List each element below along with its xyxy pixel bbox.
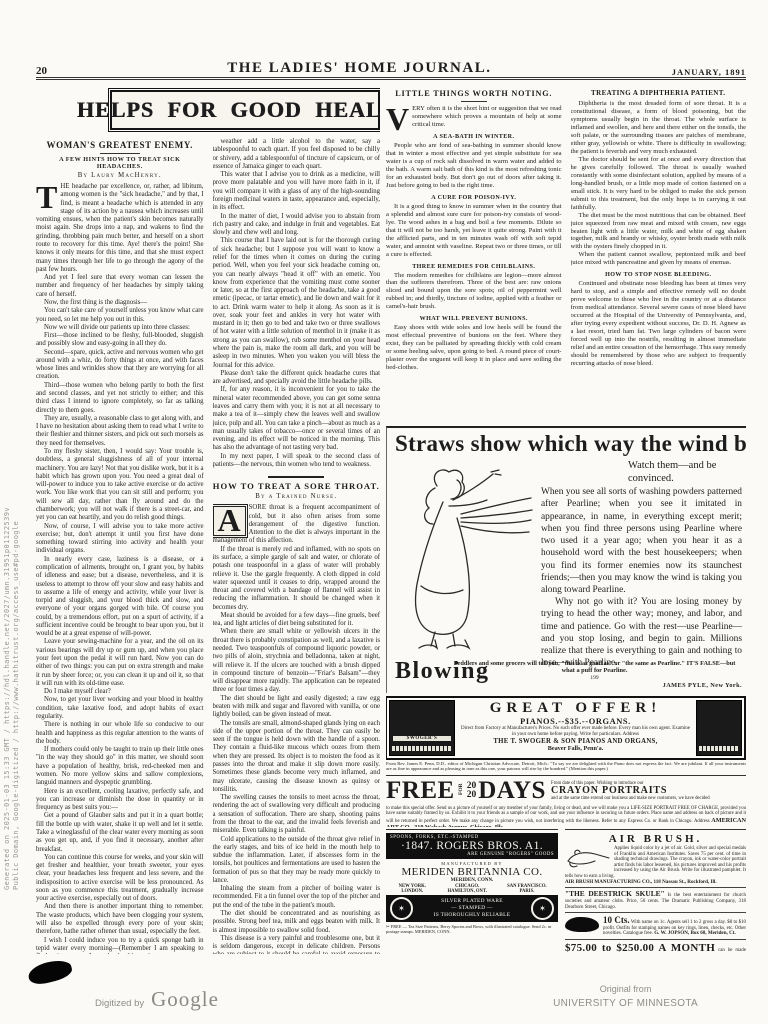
original-from: Original from UNIVERSITY OF MINNESOTA: [553, 982, 698, 1012]
article-byline: By Laury MacHenry.: [36, 172, 204, 179]
note-heading: THREE REMEDIES FOR CHILBLAINS.: [386, 264, 562, 270]
silver-plate-stamp-box: ✶ SILVER PLATED WARE — STAMPED — IS THOR…: [386, 895, 558, 922]
ad-testimonial: From Rev. James E. Penn, D.D., editor of…: [386, 761, 746, 773]
rogers-brand: ·1847. ROGERS BROS. A1.: [390, 840, 554, 852]
ad-body: to make this special offer. Send us a pi…: [386, 806, 746, 827]
ad-body: When you see all sorts of washing powder…: [541, 486, 742, 669]
article-title: LITTLE THINGS WORTH NOTING.: [386, 89, 562, 102]
rogers-brand-box: SPOONS, FORKS, ETC.-STAMPED ·1847. ROGER…: [386, 833, 558, 859]
ad-title-block: From date of this paper. Wishing to intr…: [548, 781, 746, 801]
note-body: It is a good thing to know in summer whe…: [386, 203, 562, 259]
lead-text: HE headache par excellence, or, rather, …: [36, 183, 204, 273]
paragraph: Leave your sewing-machine for a year, an…: [36, 638, 204, 688]
branch-city: LONDON.: [386, 889, 439, 894]
meriden-company: MERIDEN BRITANNIA CO.: [386, 866, 558, 878]
paragraph: Second—spare, quick, active and nervous …: [36, 349, 204, 382]
rogers-free-offer: ✂ FREE — Tea Size Patterns, Berry Spoons…: [386, 924, 558, 934]
crayon-portrait-advertisement: FREE FOR 20 20 DAYS From date of this pa…: [386, 775, 746, 827]
page-number: 20: [36, 65, 47, 77]
paragraph: The diet must be the most nutritious tha…: [571, 212, 747, 252]
watermark-line: Public Domain, Google-digitized / http:/…: [12, 150, 20, 890]
paragraph: If the throat is merely red and inflamed…: [213, 546, 381, 612]
issue-date: JANUARY, 1891: [672, 67, 746, 77]
organ-keys: [699, 746, 739, 751]
paragraph: If mothers could only be taught to train…: [36, 746, 204, 787]
paragraph: The diet should be concentrated and as n…: [213, 910, 381, 935]
paragraph: Now we will divide our patients up into …: [36, 324, 204, 332]
ad-paragraph: When you see all sorts of washing powder…: [541, 486, 742, 596]
article-title: TREATING A DIPHTHERIA PATIENT.: [571, 89, 747, 97]
google-logo: Google: [151, 987, 219, 1012]
paragraph: To my fleshy sister, then, I would say: …: [36, 448, 204, 523]
paragraph: This disease is a very painful and troub…: [213, 935, 381, 954]
paragraph: Now, to get your liver working and your …: [36, 696, 204, 721]
journal-title: THE LADIES' HOME JOURNAL.: [227, 60, 491, 77]
drop-cap: T: [36, 185, 57, 211]
ad-subtitle: PIANOS.--$35.--ORGANS.: [459, 717, 692, 726]
paragraph: Inhaling the steam from a pitcher of boi…: [213, 885, 381, 910]
page-content: HELPS FOR GOOD HEALTH WOMAN'S GREATEST E…: [36, 88, 746, 954]
ad-company: G. W. JOPSON, Box 68, Meriden, Ct.: [654, 930, 736, 936]
piano-label: SWOGER'S: [393, 736, 451, 741]
ad-price: 10 Cts.: [603, 915, 630, 925]
ad-body: Direct from Factory at Manufacturer's Pr…: [459, 726, 692, 738]
scan-watermark: Generated on 2025-01-03 15:33 GMT / http…: [3, 150, 20, 890]
watermark-line: Generated on 2025-01-03 15:33 GMT / http…: [3, 150, 11, 890]
digitization-footer: Digitized by Google Original from UNIVER…: [0, 982, 768, 1012]
ad-for-word: FOR: [458, 787, 464, 795]
note-body: The modern remedies for chilblains are l…: [386, 272, 562, 312]
ad-intro-bottom: and at the same time extend our business…: [551, 796, 710, 801]
jopson-stamp-advertisement: 10 Cts. With name on 1c. Agents sell 1 t…: [565, 913, 746, 940]
paragraph: Continued and obstinate nose bleeding ha…: [571, 280, 747, 368]
piano-advertisement: SWOGER'S GREAT OFFER! PIANOS.--$35.--ORG…: [386, 696, 746, 760]
masthead: 20 THE LADIES' HOME JOURNAL. JANUARY, 18…: [36, 56, 746, 78]
deestrick-skule-advertisement: "THE DEESTRICK SKULE" Is the best entert…: [565, 888, 746, 913]
piano-image: SWOGER'S: [389, 700, 455, 756]
paragraph: The doctor should be sent for at once an…: [571, 156, 747, 212]
lead-paragraph: VERY often it is the short hint or sugge…: [386, 105, 562, 129]
paragraph: First—those inclined to be fleshy, full-…: [36, 332, 204, 349]
air-brush-advertisement: AIR BRUSH. Applies liquid color by a jet…: [565, 831, 746, 888]
pearline-advertisement: Straws show which way the wind blows: [386, 426, 746, 693]
ad-headline: "THE DEESTRICK SKULE": [565, 889, 665, 898]
ad-company: AIR BRUSH MANUFACTURING CO., 118 Nassau …: [565, 879, 746, 885]
paragraph: And yet I feel sure that every woman can…: [36, 274, 204, 299]
paragraph: This water that I advise you to drink as…: [213, 171, 381, 212]
paragraph: Please don't take the different quick he…: [213, 370, 381, 387]
paragraph: The swelling causes the tonsils to meet …: [213, 794, 381, 835]
ad-paragraph: Why not go with it? You are losing money…: [541, 596, 742, 669]
ad-free-word: FREE: [386, 777, 455, 805]
rubber-stamp-image: [565, 917, 599, 932]
ad-body: $75.00 to $250.00 A MONTH can be made wo…: [565, 942, 746, 954]
classified-ads-column: AIR BRUSH. Applies liquid color by a jet…: [565, 829, 746, 954]
section-banner-title: HELPS FOR GOOD HEALTH: [77, 97, 380, 123]
organ-image: [696, 700, 742, 756]
right-half: LITTLE THINGS WORTH NOTING. VERY often i…: [386, 88, 746, 954]
paragraph: Get a pound of Glauber salts and put it …: [36, 812, 204, 853]
original-from-label: Original from: [600, 984, 652, 994]
column-1: WOMAN'S GREATEST ENEMY. A FEW HINTS HOW …: [36, 138, 204, 954]
paragraph: There is nothing in our whole life so co…: [36, 721, 204, 746]
note-heading: A CURE FOR POISON-IVY.: [386, 195, 562, 201]
ad-body-text: to make this special offer. Send us a pi…: [386, 806, 746, 824]
paragraph: This course that I have laid out is for …: [213, 237, 381, 370]
section-banner: HELPS FOR GOOD HEALTH: [110, 90, 380, 130]
ad-address: Beaver Falls, Penn'a.: [459, 745, 692, 752]
paragraph: The diet should be light and easily dige…: [213, 695, 381, 720]
digitized-by-label: Digitized by: [95, 998, 144, 1009]
lead-text: ERY often it is the short hint or sugges…: [412, 105, 561, 128]
ad-signature: JAMES PYLE, New York.: [447, 682, 742, 690]
rogers-genuine-line: ARE GENUINE "ROGERS" GOODS: [390, 852, 554, 857]
article-body-continued: weather add a little alcohol to the wate…: [213, 138, 381, 469]
note-body: People who are fond of sea-bathing in su…: [386, 142, 562, 190]
magazine-page-scan: Generated on 2025-01-03 15:33 GMT / http…: [0, 0, 768, 1024]
ad-title: CRAYON PORTRAITS: [551, 786, 746, 796]
footnote-text: Peddlers and some grocers will tell you,…: [454, 660, 736, 675]
paragraph: I wish I could induce you to try a quick…: [36, 937, 204, 954]
column-4: TREATING A DIPHTHERIA PATIENT. Diphtheri…: [571, 88, 747, 426]
stamp-line: SILVER PLATED WARE: [416, 898, 528, 905]
paragraph: You can continue this course for weeks, …: [36, 854, 204, 904]
article-byline: By a Trained Nurse.: [213, 493, 381, 500]
ad-headline: Straws show which way the wind blows: [395, 431, 742, 457]
article-body: Continued and obstinate nose bleeding ha…: [571, 280, 747, 368]
note-body: Easy shoes with wide soles and low heels…: [386, 324, 562, 372]
drop-cap: V: [386, 107, 409, 133]
stamp-text: SILVER PLATED WARE — STAMPED — IS THOROU…: [416, 898, 528, 919]
article-subtitle: A FEW HINTS HOW TO TREAT SICK HEADACHES.: [36, 156, 204, 170]
ad-days-word: DAYS: [478, 777, 546, 805]
branch-cities: NEW YORK. CHICAGO. SAN FRANCISCO. LONDON…: [386, 884, 558, 894]
paragraph: The tonsils are small, almond-shaped gla…: [213, 720, 381, 795]
paragraph: In nearly every case, laziness is a dise…: [36, 556, 204, 639]
note-heading: HOW TO STOP NOSE BLEEDING.: [571, 272, 747, 278]
stamp-line: — STAMPED —: [416, 905, 528, 912]
ad-watch-line: Watch them—and be convinced.: [628, 459, 738, 485]
paragraph: Now, the first thing is the diagnosis—: [36, 299, 204, 307]
ad-company: THE T. SWOGER & SON PIANOS AND ORGANS,: [459, 738, 692, 745]
paragraph: When the patient cannot swallow, peptoni…: [571, 251, 747, 267]
rogers-bros-advertisement: SPOONS, FORKS, ETC.-STAMPED ·1847. ROGER…: [386, 829, 558, 954]
note-heading: WHAT WILL PREVENT BUNIONS.: [386, 316, 562, 322]
article-body: And yet I feel sure that every woman can…: [36, 274, 204, 954]
ad-headline: GREAT OFFER!: [459, 700, 692, 717]
branch-city: PARIS.: [496, 889, 558, 894]
trademark-seal-icon: ✶: [531, 897, 554, 920]
drop-cap: A: [213, 506, 246, 536]
paragraph: And then there is another important thin…: [36, 903, 204, 936]
article-body: Diphtheria is the most dreaded form of s…: [571, 100, 747, 267]
johnson-month-advertisement: $75.00 to $250.00 A MONTH can be made wo…: [565, 940, 746, 954]
airbrush-illustration: [565, 847, 611, 869]
ad-text-block: GREAT OFFER! PIANOS.--$35.--ORGANS. Dire…: [459, 700, 692, 756]
article-body: If the throat is merely red and inflamed…: [213, 546, 381, 954]
divider: [100, 153, 140, 154]
paragraph: Third—those women who belong partly to b…: [36, 382, 204, 415]
ad-days-numbers: 20 20: [467, 782, 477, 801]
paragraph: Here is an excellent, cooling laxative, …: [36, 788, 204, 813]
piano-keys: [392, 746, 452, 751]
ad-headline: $75.00 to $250.00 A MONTH: [565, 942, 715, 954]
branch-city: HAMILTON, ONT.: [439, 889, 496, 894]
article-title: WOMAN'S GREATEST ENEMY.: [36, 140, 204, 150]
paragraph: They are, usually, a reasonable class to…: [36, 415, 204, 448]
institution-name: UNIVERSITY OF MINNESOTA: [553, 998, 698, 1009]
paragraph: When there are small white or yellowish …: [213, 628, 381, 694]
trademark-seal-icon: ✶: [390, 897, 413, 920]
ad-body: "THE DEESTRICK SKULE" Is the best entert…: [565, 890, 746, 910]
stamp-line: IS THOROUGHLY RELIABLE: [416, 912, 528, 919]
paragraph: Meat should be avoided for a few days—fi…: [213, 612, 381, 629]
column-2: weather add a little alcohol to the wate…: [213, 138, 381, 954]
paragraph: You can't take care of yourself unless y…: [36, 307, 204, 324]
article-2-header: HOW TO TREAT A SORE THROAT. By a Trained…: [213, 476, 381, 500]
paragraph: In my next paper, I will speak to the se…: [213, 453, 381, 470]
footnote-number: 199: [447, 675, 742, 682]
digitized-by: Digitized by Google: [95, 987, 219, 1012]
bottom-advertisements: SPOONS, FORKS, ETC.-STAMPED ·1847. ROGER…: [386, 829, 746, 954]
paragraph: Cold applications to the outside of the …: [213, 836, 381, 886]
free-offer-text: FREE — Tea Size Patterns, Berry Spoons a…: [386, 924, 551, 934]
article-title: HOW TO TREAT A SORE THROAT.: [213, 476, 381, 491]
ad-headline: AIR BRUSH.: [565, 833, 746, 845]
paragraph: If, for any reason, it is inconvenient f…: [213, 386, 381, 452]
left-half: HELPS FOR GOOD HEALTH WOMAN'S GREATEST E…: [36, 88, 380, 954]
ad-footnote: Peddlers and some grocers will tell you,…: [447, 660, 742, 690]
note-heading: A SEA-BATH IN WINTER.: [386, 134, 562, 140]
paragraph: weather add a little alcohol to the wate…: [213, 138, 381, 171]
pearline-woman-illustration: [391, 466, 533, 652]
meriden-city: MERIDEN, CONN.: [386, 878, 558, 883]
lead-paragraph: THE headache par excellence, or, rather,…: [36, 183, 204, 274]
lead-paragraph: ASORE throat is a frequent accompaniment…: [213, 504, 381, 545]
paragraph: Diphtheria is the most dreaded form of s…: [571, 100, 747, 156]
paragraph: Do I make myself clear?: [36, 688, 204, 696]
column-3: LITTLE THINGS WORTH NOTING. VERY often i…: [386, 88, 562, 426]
paragraph: Now, of course, I will advise you to tak…: [36, 523, 204, 556]
paragraph: In the matter of diet, I would advise yo…: [213, 213, 381, 238]
days-number: 20: [467, 791, 477, 801]
